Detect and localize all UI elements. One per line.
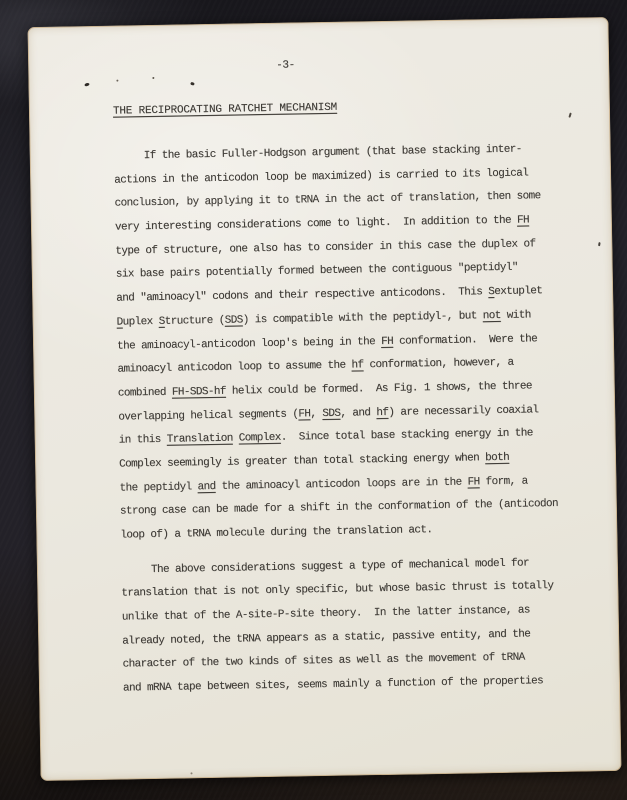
paper-speck	[84, 82, 90, 86]
document-page: -3- THE RECIPROCATING RATCHET MECHANISM …	[27, 17, 621, 781]
page-number: -3-	[276, 59, 295, 71]
paper-speck	[190, 82, 195, 86]
document-title: THE RECIPROCATING RATCHET MECHANISM	[113, 102, 337, 118]
paragraph: If the basic Fuller-Hodgson argument (th…	[114, 138, 559, 548]
paragraph: The above considerations suggest a type …	[121, 552, 562, 702]
paper-speck	[598, 242, 601, 246]
photo-background: -3- THE RECIPROCATING RATCHET MECHANISM …	[0, 0, 627, 800]
document-body: If the basic Fuller-Hodgson argument (th…	[114, 138, 562, 701]
paper-speck	[152, 77, 154, 79]
paper-speck	[190, 772, 192, 774]
paper-speck	[568, 112, 571, 117]
paper-speck	[116, 80, 118, 82]
